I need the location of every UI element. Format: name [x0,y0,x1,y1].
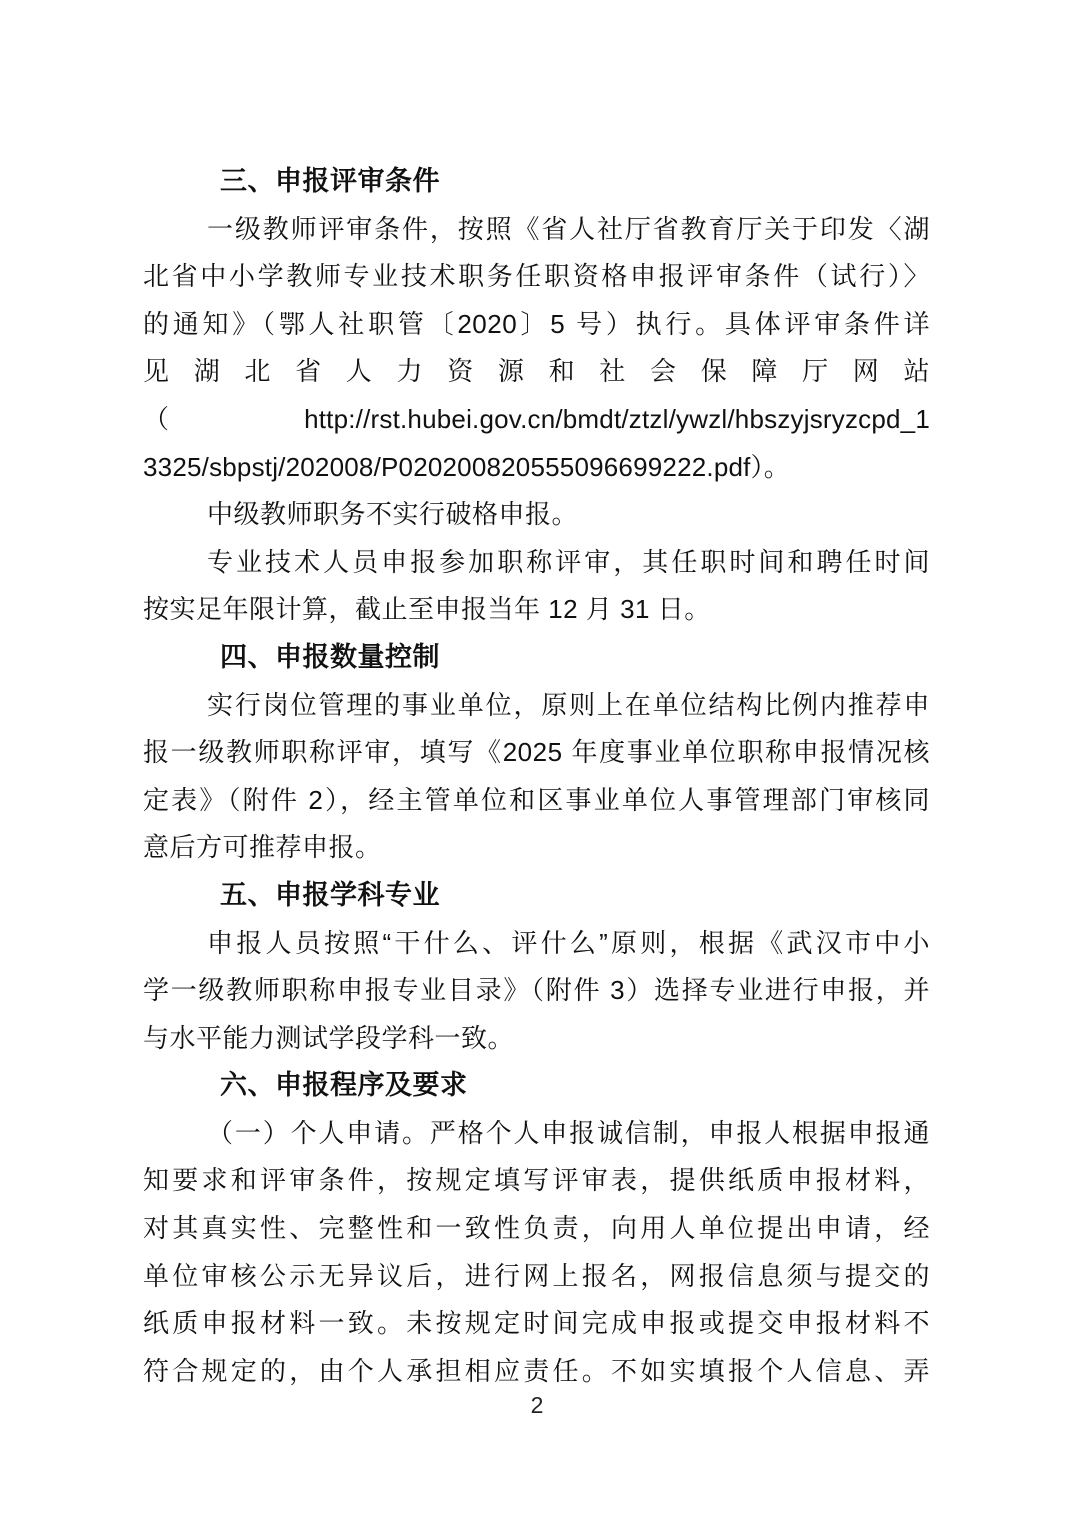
text-line: 专业技术人员申报参加职称评审，其任职时间和聘任时间 [143,539,930,587]
section-heading: 四、申报数量控制 [220,634,930,682]
section-heading: 三、申报评审条件 [220,158,930,206]
text-line: 对其真实性、完整性和一致性负责，向用人单位提出申请，经 [143,1205,930,1253]
text-line: 一级教师评审条件，按照《省人社厅省教育厅关于印发〈湖 [143,206,930,254]
text-line: 的通知》（鄂人社职管〔2020〕5 号）执行。具体评审条件详 [143,301,930,349]
text-line: 申报人员按照“干什么、评什么”原则，根据《武汉市中小 [143,920,930,968]
text-line: 定表》（附件 2），经主管单位和区事业单位人事管理部门审核同 [143,777,930,825]
text-line: 实行岗位管理的事业单位，原则上在单位结构比例内推荐申 [143,682,930,730]
document-body: 三、申报评审条件一级教师评审条件，按照《省人社厅省教育厅关于印发〈湖北省中小学教… [143,158,930,1395]
text-line: 3325/sbpstj/202008/P02020082055509669922… [143,444,930,492]
text-line: 与水平能力测试学段学科一致。 [143,1015,930,1063]
page-number: 2 [0,1390,1074,1420]
text-line: 中级教师职务不实行破格申报。 [143,491,930,539]
text-line: 单位审核公示无异议后，进行网上报名，网报信息须与提交的 [143,1253,930,1301]
section-heading: 五、申报学科专业 [220,872,930,920]
text-line: 知要求和评审条件，按规定填写评审表，提供纸质申报材料， [143,1157,930,1205]
document-page: 三、申报评审条件一级教师评审条件，按照《省人社厅省教育厅关于印发〈湖北省中小学教… [0,0,1074,1520]
text-line: 符合规定的，由个人承担相应责任。不如实填报个人信息、弄 [143,1348,930,1396]
text-line: （一）个人申请。严格个人申报诚信制，申报人根据申报通 [143,1110,930,1158]
text-line: 纸质申报材料一致。未按规定时间完成申报或提交申报材料不 [143,1300,930,1348]
text-line: （http://rst.hubei.gov.cn/bmdt/ztzl/ywzl/… [143,396,930,444]
text-line: 见湖北省人力资源和社会保障厅网站 [143,348,930,396]
text-line: 北省中小学教师专业技术职务任职资格申报评审条件（试行）〉 [143,253,930,301]
text-line: 按实足年限计算，截止至申报当年 12 月 31 日。 [143,586,930,634]
text-line: 意后方可推荐申报。 [143,824,930,872]
text-line: 学一级教师职称申报专业目录》（附件 3）选择专业进行申报，并 [143,967,930,1015]
text-line: 报一级教师职称评审，填写《2025 年度事业单位职称申报情况核 [143,729,930,777]
section-heading: 六、申报程序及要求 [220,1062,930,1110]
